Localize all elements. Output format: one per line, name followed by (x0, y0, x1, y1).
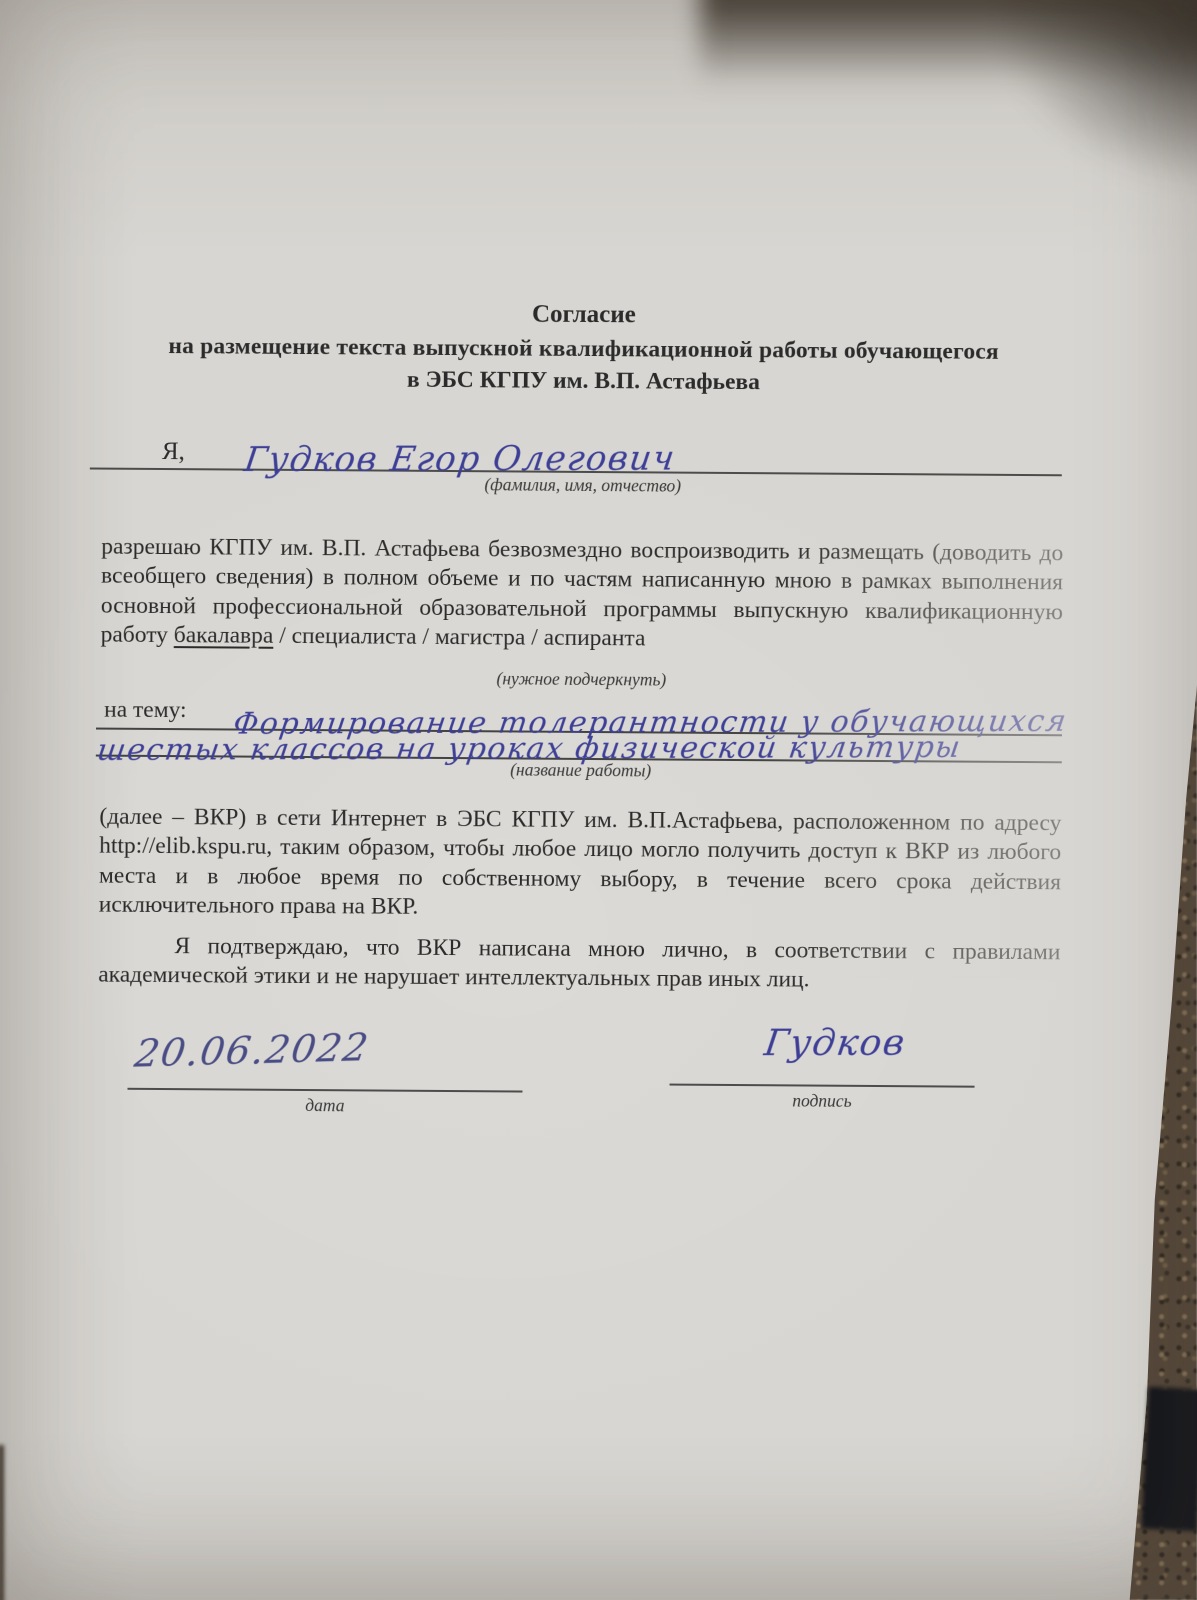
signature-field: Гудков подпись (669, 1024, 975, 1136)
handwritten-signature: Гудков (762, 1022, 908, 1063)
topic-label: на тему: (104, 697, 187, 725)
handwritten-date: 20.06.2022 (132, 1025, 372, 1075)
background-carpet-edge (1065, 0, 1197, 1600)
signature-footer: 20.06.2022 дата Гудков подпись (97, 1020, 1060, 1137)
underlined-degree-option: бакалавра (174, 622, 274, 649)
title-line-2: на размещение текста выпускной квалифика… (103, 333, 1065, 367)
photo-of-consent-form: Согласие на размещение текста выпускной … (0, 0, 1197, 1600)
signature-caption: подпись (669, 1090, 974, 1113)
signature-line (670, 1084, 975, 1088)
vkr-paragraph: (далее – ВКР) в сети Интернет в ЭБС КГПУ… (99, 802, 1062, 927)
title-line-3: в ЭБС КГПУ им. В.П. Астафьева (102, 365, 1064, 399)
name-prefix: Я, (162, 438, 185, 466)
name-caption: (фамилия, имя, отчество) (102, 472, 1064, 500)
left-edge-background-sliver (0, 1445, 4, 1600)
document-title-block: Согласие на размещение текста выпускной … (102, 298, 1065, 399)
date-field: 20.06.2022 дата (127, 1020, 523, 1133)
consent-document: Согласие на размещение текста выпускной … (94, 0, 1067, 1600)
permission-paragraph: разрешаю КГПУ им. В.П. Астафьева безвозм… (101, 532, 1064, 657)
date-caption: дата (127, 1094, 522, 1118)
title-line-1: Согласие (103, 298, 1065, 333)
background-dark-object (1141, 1387, 1197, 1532)
confirmation-paragraph: Я подтверждаю, что ВКР написана мною лич… (98, 931, 1060, 997)
name-blank-line: Я, Гудков Егор Олегович (90, 427, 1062, 476)
permission-text-part2: / специалиста / магистра / аспиранта (273, 623, 645, 652)
date-line (127, 1088, 522, 1093)
